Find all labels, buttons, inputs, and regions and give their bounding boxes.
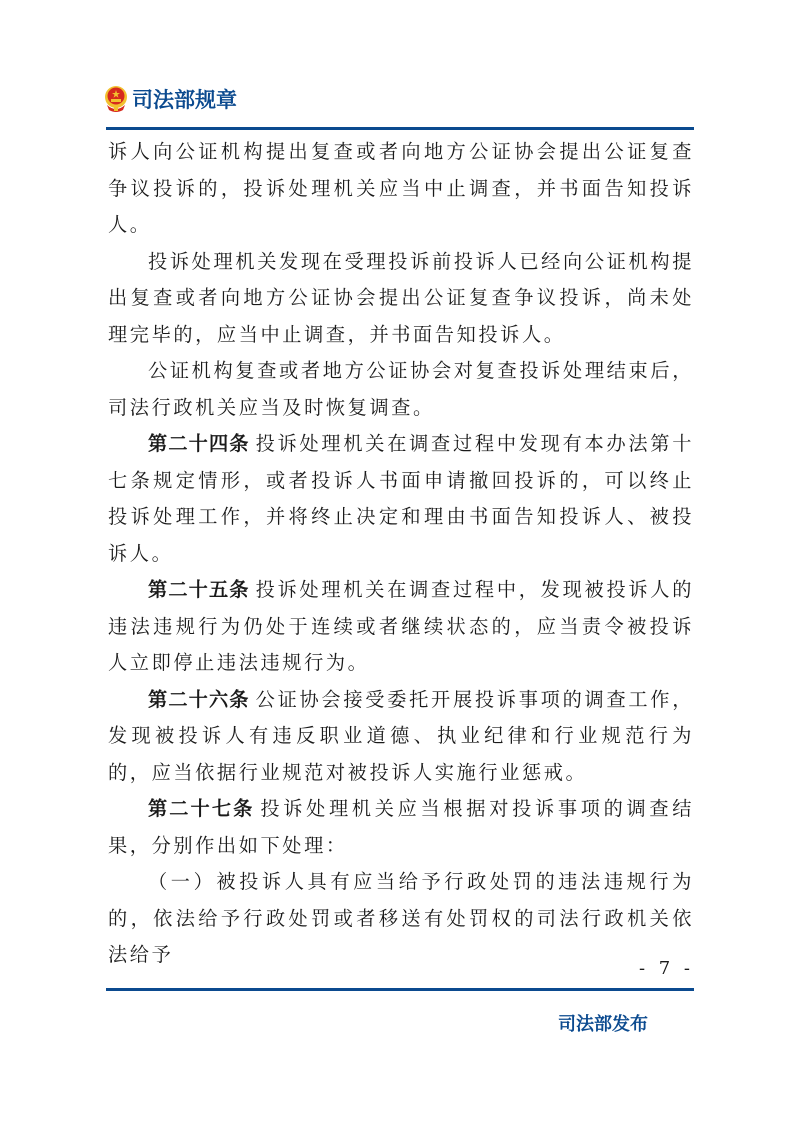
paragraph: （一）被投诉人具有应当给予行政处罚的违法违规行为的，依法给予行政处罚或者移送有处… (108, 864, 694, 974)
paragraph-text: 公证机构复查或者地方公证协会对复查投诉处理结束后，司法行政机关应当及时恢复调查。 (108, 359, 694, 419)
paragraph: 公证机构复查或者地方公证协会对复查投诉处理结束后，司法行政机关应当及时恢复调查。 (108, 353, 694, 426)
page-header: 司法部规章 (104, 84, 237, 114)
document-body: 诉人向公证机构提出复查或者向地方公证协会提出公证复查争议投诉的，投诉处理机关应当… (108, 134, 694, 974)
paragraph: 投诉处理机关发现在受理投诉前投诉人已经向公证机构提出复查或者向地方公证协会提出公… (108, 244, 694, 354)
article-26: 第二十六条公证协会接受委托开展投诉事项的调查工作，发现被投诉人有违反职业道德、执… (108, 682, 694, 792)
national-emblem-icon (104, 85, 128, 113)
page-number: - 7 - (630, 958, 694, 979)
paragraph-text: （一）被投诉人具有应当给予行政处罚的违法违规行为的，依法给予行政处罚或者移送有处… (108, 870, 694, 966)
footer-divider (106, 988, 694, 991)
footer-publisher: 司法部发布 (558, 1010, 648, 1036)
paragraph-text: 投诉处理机关发现在受理投诉前投诉人已经向公证机构提出复查或者向地方公证协会提出公… (108, 250, 694, 346)
header-divider (106, 127, 694, 130)
header-title: 司法部规章 (132, 84, 237, 114)
paragraph: 诉人向公证机构提出复查或者向地方公证协会提出公证复查争议投诉的，投诉处理机关应当… (108, 134, 694, 244)
article-heading: 第二十六条 (148, 688, 250, 711)
article-25: 第二十五条投诉处理机关在调查过程中，发现被投诉人的违法违规行为仍处于连续或者继续… (108, 572, 694, 682)
paragraph-text: 诉人向公证机构提出复查或者向地方公证协会提出公证复查争议投诉的，投诉处理机关应当… (108, 140, 694, 236)
article-27: 第二十七条投诉处理机关应当根据对投诉事项的调查结果，分别作出如下处理： (108, 791, 694, 864)
article-heading: 第二十五条 (148, 578, 250, 601)
article-heading: 第二十四条 (148, 432, 250, 455)
article-24: 第二十四条投诉处理机关在调查过程中发现有本办法第十七条规定情形，或者投诉人书面申… (108, 426, 694, 572)
article-heading: 第二十七条 (148, 797, 254, 820)
